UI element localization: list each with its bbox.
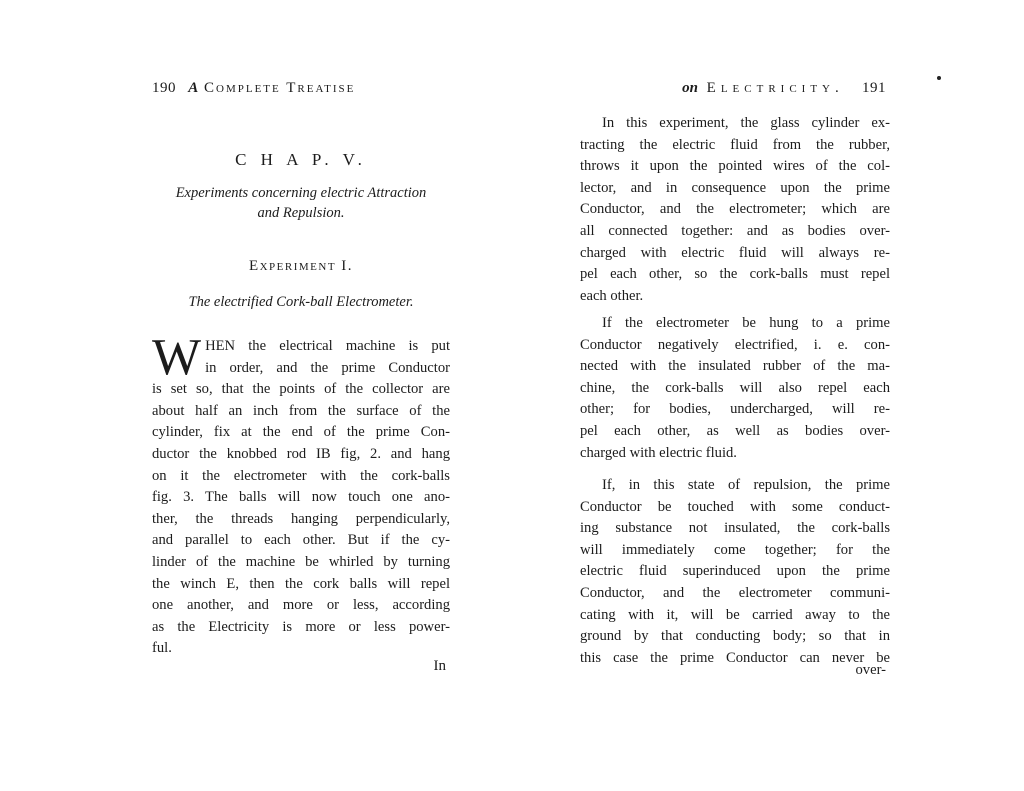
text-line: and parallel to each other. But if the c…: [152, 530, 450, 552]
left-body-text: W HEN the electrical machine is put in o…: [152, 336, 450, 660]
text-line: fig. 3. The balls will now touch one ano…: [152, 487, 450, 509]
text-line: cylinder, fix at the end of the prime Co…: [152, 422, 450, 444]
text-line: other; for bodies, undercharged, will re…: [580, 399, 890, 421]
text-line: ing substance not insulated, the cork-ba…: [580, 518, 890, 540]
text-line: cating with it, will be carried away to …: [580, 605, 890, 627]
experiment-subtitle: The electrified Cork-ball Electrometer.: [152, 294, 450, 311]
catchword-left: In: [434, 658, 447, 675]
text-line: ground by that conducting body; so that …: [580, 626, 890, 648]
running-head-right: on Electricity. 191: [580, 80, 890, 97]
paragraph-1: In this experiment, the glass cylinder e…: [580, 113, 890, 307]
text-line: charged with electric fluid will always …: [580, 243, 890, 265]
text-line: In this experiment, the glass cylinder e…: [580, 113, 890, 135]
page-number-left: 190: [152, 80, 176, 96]
text-line: all connected together: and as bodies ov…: [580, 221, 890, 243]
text-line: charged with electric fluid.: [580, 443, 890, 465]
text-line: linder of the machine be whirled by turn…: [152, 552, 450, 574]
text-line: Conductor be touched with some conduct-: [580, 497, 890, 519]
text-line: tracting the electric fluid from the rub…: [580, 135, 890, 157]
text-line: each other.: [580, 286, 890, 308]
paragraph-2: If the electrometer be hung to a prime C…: [580, 313, 890, 464]
text-line: ful.: [152, 638, 450, 660]
chapter-subtitle-line-1: Experiments concerning electric Attracti…: [152, 183, 450, 203]
paragraph-3: If, in this state of repulsion, the prim…: [580, 475, 890, 669]
text-line: this case the prime Conductor can never …: [580, 648, 890, 670]
text-line: about half an inch from the surface of t…: [152, 401, 450, 423]
experiment-title: Experiment I.: [152, 258, 450, 275]
text-line: chine, the cork-balls will also repel ea…: [580, 378, 890, 400]
chapter-title: C H A P. V.: [152, 150, 450, 170]
running-head-title-left: A Complete Treatise: [188, 80, 355, 96]
text-line: on it the electrometer with the cork-bal…: [152, 466, 450, 488]
text-line: Conductor, and the electrometer communi-: [580, 583, 890, 605]
text-line: pel each other, so the cork-balls must r…: [580, 264, 890, 286]
running-head-left: 190 A Complete Treatise: [152, 80, 450, 97]
drop-cap: W: [152, 338, 201, 378]
paper-speck: [937, 76, 941, 80]
text-line: Conductor, and the electrometer; which a…: [580, 199, 890, 221]
running-head-text-right: Electricity.: [707, 80, 844, 96]
text-line: Conductor negatively electrified, i. e. …: [580, 335, 890, 357]
text-line: will immediately come together; for the: [580, 540, 890, 562]
text-line: pel each other, as well as bodies over-: [580, 421, 890, 443]
running-head-prefix-left: A: [188, 80, 198, 96]
text-line: ductor the knobbed rod IB fig, 2. and ha…: [152, 444, 450, 466]
chapter-subtitle: Experiments concerning electric Attracti…: [152, 183, 450, 223]
text-line: If, in this state of repulsion, the prim…: [580, 475, 890, 497]
running-head-text-left: Complete Treatise: [204, 80, 355, 96]
catchword-right: over-: [856, 662, 887, 679]
running-head-prefix-right: on: [682, 80, 698, 96]
page-number-right: 191: [862, 80, 886, 96]
text-line: one another, and more or less, according: [152, 595, 450, 617]
text-line: the winch E, then the cork balls will re…: [152, 574, 450, 596]
text-line: lector, and in consequence upon the prim…: [580, 178, 890, 200]
text-line: as the Electricity is more or less power…: [152, 617, 450, 639]
text-line: ther, the threads hanging perpendicularl…: [152, 509, 450, 531]
text-line: electric fluid superinduced upon the pri…: [580, 561, 890, 583]
text-line: If the electrometer be hung to a prime: [580, 313, 890, 335]
text-line: throws it upon the pointed wires of the …: [580, 156, 890, 178]
text-line: nected with the insulated rubber of the …: [580, 356, 890, 378]
chapter-subtitle-line-2: and Repulsion.: [152, 203, 450, 223]
text-line: is set so, that the points of the collec…: [152, 379, 450, 401]
running-head-title-right: on Electricity.: [682, 80, 844, 96]
